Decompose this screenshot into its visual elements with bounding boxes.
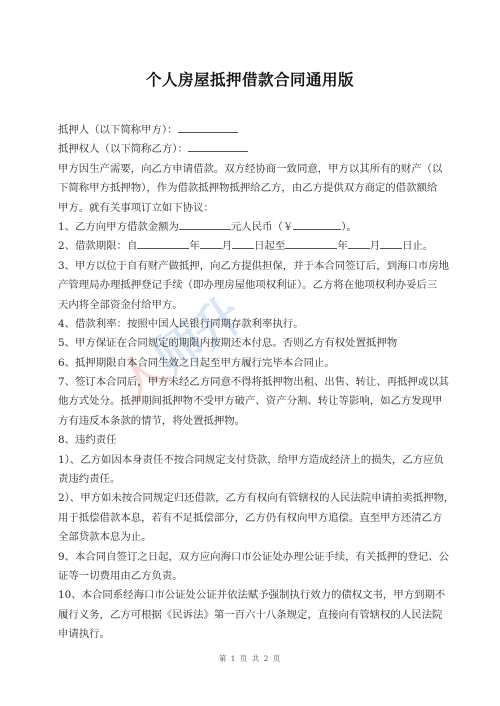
end-month-blank — [348, 237, 370, 249]
page-number: 第 1 页 共 2 页 — [0, 653, 500, 664]
day-to-label: 日止。 — [402, 240, 433, 252]
clause-1-text-b: 元人民币（￥ — [231, 221, 293, 233]
clause-3-line: 天内将全部资金付给甲方。 — [58, 296, 440, 315]
clause-4: 4、借款利率：按照中国人民银行同期存款利率执行。 — [58, 315, 440, 334]
document-title: 个人房屋抵押借款合同通用版 — [0, 68, 500, 90]
month-label: 月 — [222, 240, 232, 252]
document-body: 抵押人（以下简称甲方）： 抵押权人（以下简称乙方）： 甲方因生产需要，向乙方申请… — [58, 121, 440, 645]
clause-3-line: 3、甲方以位于自有财产做抵押，向乙方提供担保，并于本合同签订后，到海口市房地 — [58, 257, 440, 276]
clause-10-line: 履行义务，乙方可根据《民诉法》第一百六十八条规定，直接向有管辖权的人民法院 — [58, 606, 440, 625]
clause-2: 2、借款期限：自年月日起至年月日止。 — [58, 237, 440, 256]
clause-8-title: 8、违约责任 — [58, 431, 440, 450]
year-label: 年 — [189, 240, 199, 252]
day-from-label: 日起至 — [254, 240, 285, 252]
clause-7-line: 7、签订本合同后，甲方未经乙方同意不得将抵押物出租、出售、转让、再抵押或以其 — [58, 373, 440, 392]
mortgagee-line: 抵押权人（以下简称乙方）： — [58, 140, 440, 159]
clause-9-line: 证等一切费用由乙方负责。 — [58, 567, 440, 586]
amount-figure-blank — [293, 218, 341, 230]
clause-10-line: 10、本合同系经海口市公证处公证并依法赋予强制执行效力的债权文书，甲方到期不 — [58, 586, 440, 605]
end-day-blank — [380, 237, 402, 249]
clause-8-2-line: 全部贷款本息为止。 — [58, 528, 440, 547]
amount-blank — [179, 218, 231, 230]
mortgagee-blank — [188, 140, 248, 152]
clause-5: 5、甲方保证在合同规定的期限内按期还本付息。否则乙方有权处置抵押物 — [58, 334, 440, 353]
clause-9-line: 9、本合同自签订之日起，双方应向海口市公证处办理公证手续，有关抵押的登记、公 — [58, 548, 440, 567]
start-day-blank — [232, 237, 254, 249]
intro-line: 甲方因生产需要，向乙方申请借款。双方经协商一致同意，甲方以其所有的财产（以 — [58, 160, 440, 179]
clause-1-text-c: ）。 — [341, 221, 357, 233]
mortgagee-label: 抵押权人（以下简称乙方）： — [58, 143, 188, 155]
start-month-blank — [200, 237, 222, 249]
clause-7-line: 他方式处分。抵押期间抵押物不受甲方破产、资产分割、转让等影响，如乙方发现甲 — [58, 392, 440, 411]
mortgagor-label: 抵押人（以下简称甲方）： — [58, 124, 178, 136]
clause-3-line: 产管理局办理抵押登记手续（即办理房屋他项权利证）。乙方将在他项权利办妥后三 — [58, 276, 440, 295]
clause-1: 1、乙方向甲方借款金额为元人民币（￥）。 — [58, 218, 440, 237]
end-year-blank — [285, 237, 337, 249]
year-label: 年 — [337, 240, 347, 252]
clause-2-text: 2、借款期限：自 — [58, 240, 137, 252]
clause-7-line: 方有违反本条款的情节，将处置抵押物。 — [58, 412, 440, 431]
clause-10-line: 申请执行。 — [58, 625, 440, 644]
clause-6: 6、抵押期限自本合同生效之日起至甲方履行完毕本合同止。 — [58, 354, 440, 373]
clause-1-text: 1、乙方向甲方借款金额为 — [58, 221, 179, 233]
clause-8-1-line: 1）、乙方如因本身责任不按合同规定支付贷款，给甲方造成经济上的损失，乙方应负 — [58, 451, 440, 470]
document-page: 人师升 个人房屋抵押借款合同通用版 抵押人（以下简称甲方）： 抵押权人（以下简称… — [0, 0, 500, 706]
intro-line: 下简称甲方抵押物），作为借款抵押物抵押给乙方，由乙方提供双方商定的借款额给 — [58, 179, 440, 198]
clause-8-2-line: 用于抵偿借款本息，若有不足抵偿部分，乙方仍有权向甲方追偿。直至甲方还清乙方 — [58, 509, 440, 528]
clause-8-1-line: 责违约责任。 — [58, 470, 440, 489]
mortgagor-line: 抵押人（以下简称甲方）： — [58, 121, 440, 140]
clause-8-2-line: 2）、甲方如未按合同规定归还借款，乙方有权向有管辖权的人民法院申请拍卖抵押物， — [58, 489, 440, 508]
mortgagor-blank — [178, 121, 238, 133]
start-year-blank — [137, 237, 189, 249]
month-label: 月 — [370, 240, 380, 252]
intro-line: 甲方。就有关事项订立如下协议： — [58, 199, 440, 218]
